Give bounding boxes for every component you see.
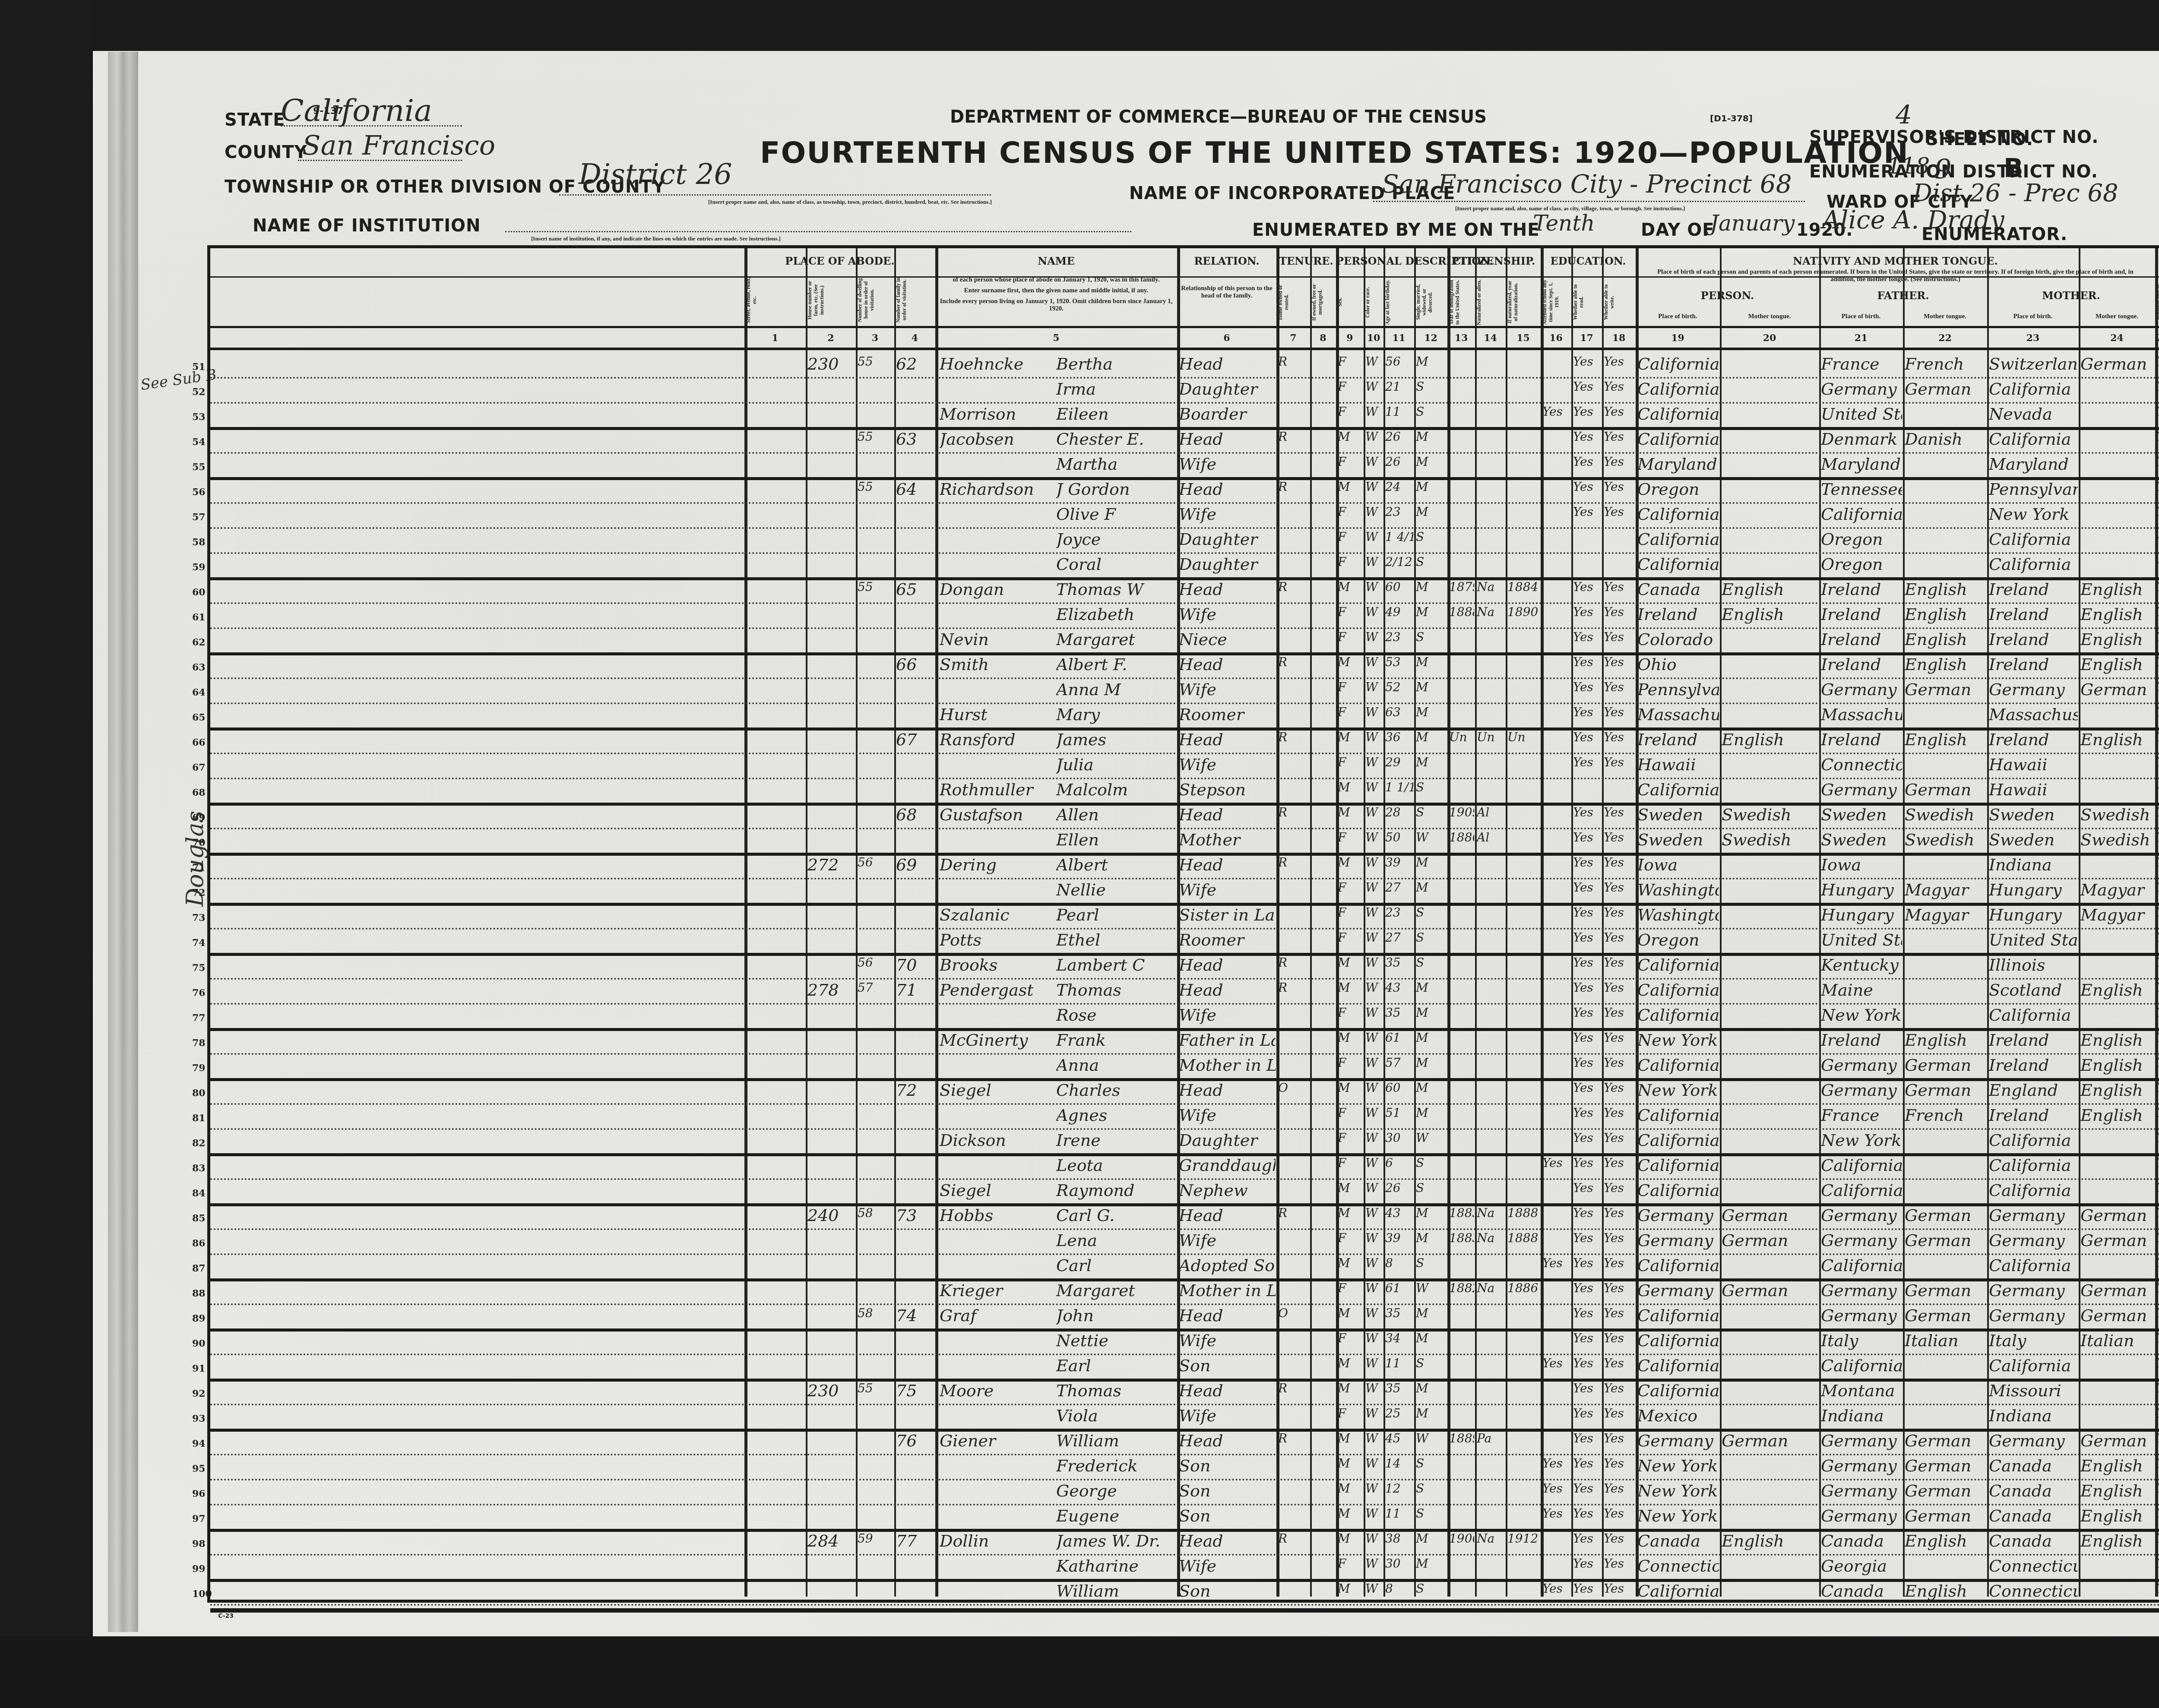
tongue-cell: Swedish — [1722, 830, 1818, 849]
sex-cell: M — [1338, 430, 1363, 444]
birth-cell: Sweden — [1637, 830, 1719, 849]
birth-cell: California — [1637, 780, 1719, 799]
english-cell: Yes — [2157, 930, 2159, 945]
column-header-17: Whether able to read. — [1572, 278, 1601, 326]
f-birth-cell: United States — [1821, 930, 1902, 949]
row-divider — [210, 753, 2159, 754]
f-birth-cell: California — [1821, 1156, 1902, 1175]
marital-cell: S — [1416, 630, 1447, 644]
binding-strip — [108, 52, 138, 1632]
m-birth-cell: Ireland — [1989, 630, 2078, 649]
f-birth-cell: Montana — [1821, 1381, 1902, 1400]
row-divider — [210, 1003, 2159, 1005]
read-cell: Yes — [1573, 1531, 1601, 1546]
race-cell: W — [1365, 755, 1383, 769]
m-birth-cell: Sweden — [1989, 805, 2078, 824]
write-cell: Yes — [1604, 1006, 1635, 1020]
line-number: 98 — [192, 1538, 206, 1550]
age-cell: 36 — [1385, 730, 1413, 744]
dwelling-cell: 58 — [858, 1306, 893, 1320]
column-header-18: Whether able to write. — [1603, 278, 1635, 326]
age-cell: 12 — [1385, 1481, 1413, 1496]
column-number: 12 — [1414, 332, 1447, 344]
m-birth-cell: Germany — [1989, 1306, 2078, 1325]
birth-cell: California — [1637, 555, 1719, 574]
column-header-21: Place of birth. — [1821, 313, 1901, 320]
race-cell: W — [1365, 855, 1383, 870]
township-line — [559, 194, 991, 196]
race-cell: W — [1365, 905, 1383, 920]
birth-cell: California — [1637, 1131, 1719, 1150]
sex-cell: M — [1338, 580, 1363, 594]
sex-cell: M — [1338, 1581, 1363, 1596]
sex-cell: F — [1338, 1056, 1363, 1070]
english-cell: — — [2157, 530, 2159, 544]
column-header-1: Street, avenue, road, etc. — [745, 276, 805, 324]
birth-cell: Connecticut — [1637, 1556, 1719, 1575]
marital-cell: M — [1416, 1531, 1447, 1546]
column-number: 17 — [1571, 332, 1602, 344]
sex-cell: F — [1338, 1156, 1363, 1170]
sex-cell: F — [1338, 1406, 1363, 1420]
race-cell: W — [1365, 1581, 1383, 1596]
f-tongue-cell: German — [1905, 1206, 1986, 1225]
m-birth-cell: Sweden — [1989, 830, 2078, 849]
age-cell: 1 4/12 — [1385, 530, 1413, 544]
county-value: San Francisco — [302, 130, 495, 161]
read-cell: Yes — [1573, 1081, 1601, 1095]
line-number: 97 — [192, 1513, 206, 1525]
m-tongue-cell: German — [2080, 680, 2154, 699]
relation-cell: Head — [1179, 981, 1276, 999]
line-number: 96 — [192, 1488, 206, 1499]
f-birth-cell: California — [1821, 505, 1902, 524]
nat-cell: Al — [1477, 805, 1505, 819]
birth-cell: New York — [1637, 1506, 1719, 1525]
header-rule — [210, 326, 2159, 328]
relation-cell: Daughter — [1179, 530, 1276, 549]
write-cell: Yes — [1604, 1506, 1635, 1521]
age-cell: 61 — [1385, 1281, 1413, 1295]
write-cell: Yes — [1604, 755, 1635, 769]
birth-cell: Iowa — [1637, 855, 1719, 874]
given-name-cell: Lena — [1056, 1231, 1175, 1250]
f-birth-cell: Ireland — [1821, 605, 1902, 624]
race-cell: W — [1365, 880, 1383, 895]
column-header-4: Number of family in order of visitation. — [895, 276, 934, 324]
marital-cell: M — [1416, 755, 1447, 769]
read-cell: Yes — [1573, 505, 1601, 519]
m-birth-cell: United States — [1989, 930, 2078, 949]
line-number: 63 — [192, 662, 206, 673]
age-cell: 11 — [1385, 1506, 1413, 1521]
tongue-cell: English — [1722, 730, 1818, 749]
relation-cell: Son — [1179, 1506, 1276, 1525]
read-cell: Yes — [1573, 1206, 1601, 1220]
f-tongue-cell: German — [1905, 1231, 1986, 1250]
m-birth-cell: Hawaii — [1989, 780, 2078, 799]
nat-cell: Un — [1477, 730, 1505, 744]
birth-cell: Germany — [1637, 1431, 1719, 1450]
m-birth-cell: Connecticut — [1989, 1556, 2078, 1575]
nat-cell: Na — [1477, 1206, 1505, 1220]
m-birth-cell: Missouri — [1989, 1381, 2078, 1400]
marital-cell: M — [1416, 1056, 1447, 1070]
english-cell: Yes — [2157, 1481, 2159, 1496]
natyr-cell: 1884 — [1507, 580, 1540, 594]
line-number: 94 — [192, 1438, 206, 1449]
column-number: 25 — [2155, 332, 2159, 344]
marital-cell: S — [1416, 930, 1447, 945]
relation-cell: Head — [1179, 730, 1276, 749]
m-tongue-cell: English — [2080, 580, 2154, 599]
own-cell: R — [1278, 1531, 1309, 1546]
birth-cell: Washington — [1637, 905, 1719, 924]
age-cell: 45 — [1385, 1431, 1413, 1445]
m-birth-cell: Canada — [1989, 1506, 2078, 1525]
column-header-2: House number or farm, etc. (See instruct… — [807, 276, 855, 324]
write-cell: Yes — [1604, 1481, 1635, 1496]
f-tongue-cell: English — [1905, 1531, 1986, 1550]
race-cell: W — [1365, 380, 1383, 394]
marital-cell: S — [1416, 530, 1447, 544]
sex-cell: F — [1338, 1331, 1363, 1345]
age-cell: 39 — [1385, 1231, 1413, 1245]
relation-cell: Nephew — [1179, 1181, 1276, 1200]
row-divider — [210, 828, 2159, 829]
relation-cell: Adopted Son — [1179, 1256, 1276, 1275]
given-name-cell: James — [1056, 730, 1175, 749]
column-header-14: Naturalized or alien. — [1476, 278, 1505, 326]
sex-cell: F — [1338, 905, 1363, 920]
write-cell: Yes — [1604, 1256, 1635, 1270]
line-number: 57 — [192, 512, 206, 523]
group-name: NAME — [935, 255, 1177, 267]
family-cell: 71 — [896, 981, 934, 999]
column-divider — [1475, 245, 1477, 1597]
english-cell: Yes — [2157, 680, 2159, 694]
name-column-instruction: of each person whose place of abode on J… — [940, 276, 1173, 284]
family-cell: 63 — [896, 430, 934, 449]
ward-value: Dist 26 - Prec 68 — [1913, 179, 2118, 207]
race-cell: W — [1365, 530, 1383, 544]
column-number: 23 — [1987, 332, 2079, 344]
marital-cell: S — [1416, 555, 1447, 569]
department-heading: DEPARTMENT OF COMMERCE—BUREAU OF THE CEN… — [950, 107, 1487, 127]
given-name-cell: Margaret — [1056, 630, 1175, 649]
given-name-cell: Irene — [1056, 1131, 1175, 1150]
marital-cell: M — [1416, 1206, 1447, 1220]
marital-cell: M — [1416, 855, 1447, 870]
column-header-8: If owned, free or mortgaged. — [1311, 278, 1335, 326]
write-cell: Yes — [1604, 405, 1635, 419]
f-birth-cell: Oregon — [1821, 530, 1902, 549]
school-cell: Yes — [1542, 1256, 1570, 1270]
race-cell: W — [1365, 430, 1383, 444]
race-cell: W — [1365, 1431, 1383, 1445]
birth-cell: California — [1637, 430, 1719, 449]
birth-cell: California — [1637, 354, 1719, 373]
census-title: FOURTEENTH CENSUS OF THE UNITED STATES: … — [760, 136, 1909, 170]
birth-cell: California — [1637, 1356, 1719, 1375]
read-cell: Yes — [1573, 1456, 1601, 1471]
english-cell: Yes — [2157, 380, 2159, 394]
row-divider — [210, 402, 2159, 404]
age-cell: 39 — [1385, 855, 1413, 870]
birth-cell: New York — [1637, 1031, 1719, 1050]
row-divider — [210, 1228, 2159, 1230]
race-cell: W — [1365, 1181, 1383, 1195]
read-cell: Yes — [1573, 1331, 1601, 1345]
marital-cell: M — [1416, 655, 1447, 669]
column-number: 18 — [1602, 332, 1636, 344]
own-cell: R — [1278, 1431, 1309, 1445]
own-cell: O — [1278, 1306, 1309, 1320]
f-birth-cell: Iowa — [1821, 855, 1902, 874]
marital-cell: S — [1416, 1356, 1447, 1370]
school-cell: Yes — [1542, 1156, 1570, 1170]
dwelling-cell: 56 — [858, 855, 893, 870]
sex-cell: M — [1338, 1181, 1363, 1195]
birth-cell: California — [1637, 1331, 1719, 1350]
sex-cell: F — [1338, 380, 1363, 394]
relation-cell: Wife — [1179, 1556, 1276, 1575]
given-name-cell: Agnes — [1056, 1106, 1175, 1125]
header-rule — [210, 348, 2159, 350]
relation-cell: Wife — [1179, 755, 1276, 774]
given-name-cell: Rose — [1056, 1006, 1175, 1025]
name-column-instruction: Enter surname first, then the given name… — [940, 287, 1173, 294]
age-cell: 24 — [1385, 480, 1413, 494]
race-cell: W — [1365, 730, 1383, 744]
read-cell: Yes — [1573, 1381, 1601, 1395]
house-cell: 272 — [807, 855, 855, 874]
line-number: 51 — [192, 361, 206, 373]
given-name-cell: Ellen — [1056, 830, 1175, 849]
group-relation: RELATION. — [1177, 255, 1276, 267]
group-personal: PERSONAL DESCRIPTION. — [1336, 255, 1447, 267]
dwelling-cell: 57 — [858, 981, 893, 995]
line-number: 56 — [192, 487, 206, 498]
film-border-bottom — [0, 1636, 2159, 1708]
f-birth-cell: Germany — [1821, 1456, 1902, 1475]
f-birth-cell: Ireland — [1821, 1031, 1902, 1050]
read-cell: Yes — [1573, 730, 1601, 744]
surname-cell: Richardson — [940, 480, 1052, 499]
write-cell: Yes — [1604, 955, 1635, 970]
f-birth-cell: Germany — [1821, 1081, 1902, 1100]
read-cell: Yes — [1573, 830, 1601, 845]
m-tongue-cell: English — [2080, 605, 2154, 624]
age-cell: 23 — [1385, 505, 1413, 519]
line-number: 52 — [192, 386, 206, 398]
given-name-cell: Joyce — [1056, 530, 1175, 549]
english-cell: Yes — [2157, 1006, 2159, 1020]
f-tongue-cell: Magyar — [1905, 905, 1986, 924]
birth-cell: California — [1637, 1581, 1719, 1600]
read-cell: Yes — [1573, 981, 1601, 995]
film-border-top — [0, 0, 2159, 52]
school-cell: Yes — [1542, 405, 1570, 419]
dwelling-cell: 55 — [858, 430, 893, 444]
birth-cell: Germany — [1637, 1231, 1719, 1250]
m-birth-cell: Scotland — [1989, 981, 2078, 999]
race-cell: W — [1365, 981, 1383, 995]
read-cell: Yes — [1573, 380, 1601, 394]
line-number: 58 — [192, 537, 206, 548]
given-name-cell: Olive F — [1056, 505, 1175, 524]
english-cell: Yes — [2157, 1231, 2159, 1245]
f-tongue-cell: German — [1905, 680, 1986, 699]
race-cell: W — [1365, 930, 1383, 945]
surname-cell: Potts — [940, 930, 1052, 949]
m-birth-cell: Germany — [1989, 1431, 2078, 1450]
english-cell: Yes — [2157, 1406, 2159, 1420]
write-cell: Yes — [1604, 1081, 1635, 1095]
column-divider — [1310, 245, 1312, 1597]
birth-cell: California — [1637, 405, 1719, 424]
line-number: 77 — [192, 1012, 206, 1024]
f-tongue-cell: Danish — [1905, 430, 1986, 449]
line-number: 67 — [192, 762, 206, 773]
row-divider — [210, 527, 2159, 529]
relation-cell: Niece — [1179, 630, 1276, 649]
surname-cell: Hobbs — [940, 1206, 1052, 1225]
column-header-15: If naturalized, year of naturalization. — [1507, 278, 1540, 326]
birth-cell: Hawaii — [1637, 755, 1719, 774]
write-cell: Yes — [1604, 505, 1635, 519]
own-cell: R — [1278, 730, 1309, 744]
family-cell: 68 — [896, 805, 934, 824]
row-divider — [210, 978, 2159, 980]
english-cell: Yes — [2157, 1331, 2159, 1345]
english-cell: Yes — [2157, 755, 2159, 769]
english-cell: — — [2157, 555, 2159, 569]
read-cell: Yes — [1573, 1006, 1601, 1020]
sex-cell: M — [1338, 1031, 1363, 1045]
line-number: 71 — [192, 862, 206, 873]
column-header-20: Mother tongue. — [1722, 313, 1817, 320]
marital-cell: M — [1416, 880, 1447, 895]
m-birth-cell: Ireland — [1989, 1106, 2078, 1125]
sex-cell: M — [1338, 981, 1363, 995]
m-birth-cell: Germany — [1989, 1231, 2078, 1250]
f-birth-cell: Sweden — [1821, 805, 1902, 824]
m-tongue-cell: German — [2080, 1431, 2154, 1450]
m-birth-cell: California — [1989, 530, 2078, 549]
f-birth-cell: Oregon — [1821, 555, 1902, 574]
surname-cell: Siegel — [940, 1081, 1052, 1100]
family-cell: 64 — [896, 480, 934, 499]
m-tongue-cell: English — [2080, 630, 2154, 649]
imm-cell: 1906 — [1449, 1531, 1474, 1546]
line-number: 61 — [192, 612, 206, 623]
school-cell: Yes — [1542, 1481, 1570, 1496]
marital-cell: M — [1416, 430, 1447, 444]
surname-cell: Graf — [940, 1306, 1052, 1325]
column-header-25: Whether able to speak English. — [2156, 278, 2159, 326]
write-cell: Yes — [1604, 1106, 1635, 1120]
f-birth-cell: Hungary — [1821, 905, 1902, 924]
marital-cell: M — [1416, 1381, 1447, 1395]
birth-cell: Sweden — [1637, 805, 1719, 824]
english-cell: Yes — [2157, 855, 2159, 870]
f-tongue-cell: English — [1905, 730, 1986, 749]
given-name-cell: Eileen — [1056, 405, 1175, 424]
column-number: 24 — [2079, 332, 2155, 344]
english-cell: Yes — [2157, 1106, 2159, 1120]
age-cell: 11 — [1385, 405, 1413, 419]
relation-cell: Mother in Law — [1179, 1281, 1276, 1300]
marital-cell: M — [1416, 981, 1447, 995]
surname-cell: McGinerty — [940, 1031, 1052, 1050]
row-divider — [210, 878, 2159, 879]
m-tongue-cell: Magyar — [2080, 880, 2154, 899]
race-cell: W — [1365, 455, 1383, 469]
column-number: 7 — [1276, 332, 1310, 344]
sex-cell: F — [1338, 630, 1363, 644]
age-cell: 8 — [1385, 1256, 1413, 1270]
english-cell: Yes — [2157, 1306, 2159, 1320]
line-number: 53 — [192, 411, 206, 423]
race-cell: W — [1365, 1506, 1383, 1521]
marital-cell: M — [1416, 1081, 1447, 1095]
relation-cell: Mother in Law — [1179, 1056, 1276, 1075]
group-nativity: NATIVITY AND MOTHER TONGUE. — [1636, 255, 2155, 267]
column-header-13: Year of immigration to the United States… — [1448, 278, 1474, 326]
write-cell: Yes — [1604, 880, 1635, 895]
english-cell: Yes — [2157, 1381, 2159, 1395]
surname-cell: Moore — [940, 1381, 1052, 1400]
write-cell: Yes — [1604, 981, 1635, 995]
natyr-cell: Un — [1507, 730, 1540, 744]
age-cell: 61 — [1385, 1031, 1413, 1045]
f-birth-cell: Tennessee — [1821, 480, 1902, 499]
house-cell: 230 — [807, 1381, 855, 1400]
house-cell: 284 — [807, 1531, 855, 1550]
sheet-number-label: SHEET NO. — [1926, 130, 2033, 149]
m-tongue-cell: English — [2080, 1506, 2154, 1525]
race-cell: W — [1365, 1031, 1383, 1045]
line-number: 68 — [192, 787, 206, 798]
race-cell: W — [1365, 1281, 1383, 1295]
m-birth-cell: California — [1989, 1256, 2078, 1275]
row-divider — [210, 1303, 2159, 1305]
line-number: 73 — [192, 912, 206, 924]
m-birth-cell: Italy — [1989, 1331, 2078, 1350]
m-birth-cell: Ireland — [1989, 1031, 2078, 1050]
birth-cell: California — [1637, 981, 1719, 999]
sex-cell: M — [1338, 1306, 1363, 1320]
marital-cell: S — [1416, 1181, 1447, 1195]
f-birth-cell: Germany — [1821, 1056, 1902, 1075]
dwelling-cell: 59 — [858, 1531, 893, 1546]
age-cell: 23 — [1385, 905, 1413, 920]
county-line — [298, 160, 462, 161]
state-line — [281, 125, 462, 127]
sex-cell: F — [1338, 1006, 1363, 1020]
imm-cell: 1889 — [1449, 1431, 1474, 1445]
english-cell: Yes — [2157, 955, 2159, 970]
read-cell: Yes — [1573, 630, 1601, 644]
line-number: 93 — [192, 1413, 206, 1424]
race-cell: W — [1365, 1306, 1383, 1320]
given-name-cell: Pearl — [1056, 905, 1175, 924]
m-birth-cell: California — [1989, 1181, 2078, 1200]
column-number: 2 — [806, 332, 856, 344]
nat-cell: Na — [1477, 1231, 1505, 1245]
age-cell: 34 — [1385, 1331, 1413, 1345]
